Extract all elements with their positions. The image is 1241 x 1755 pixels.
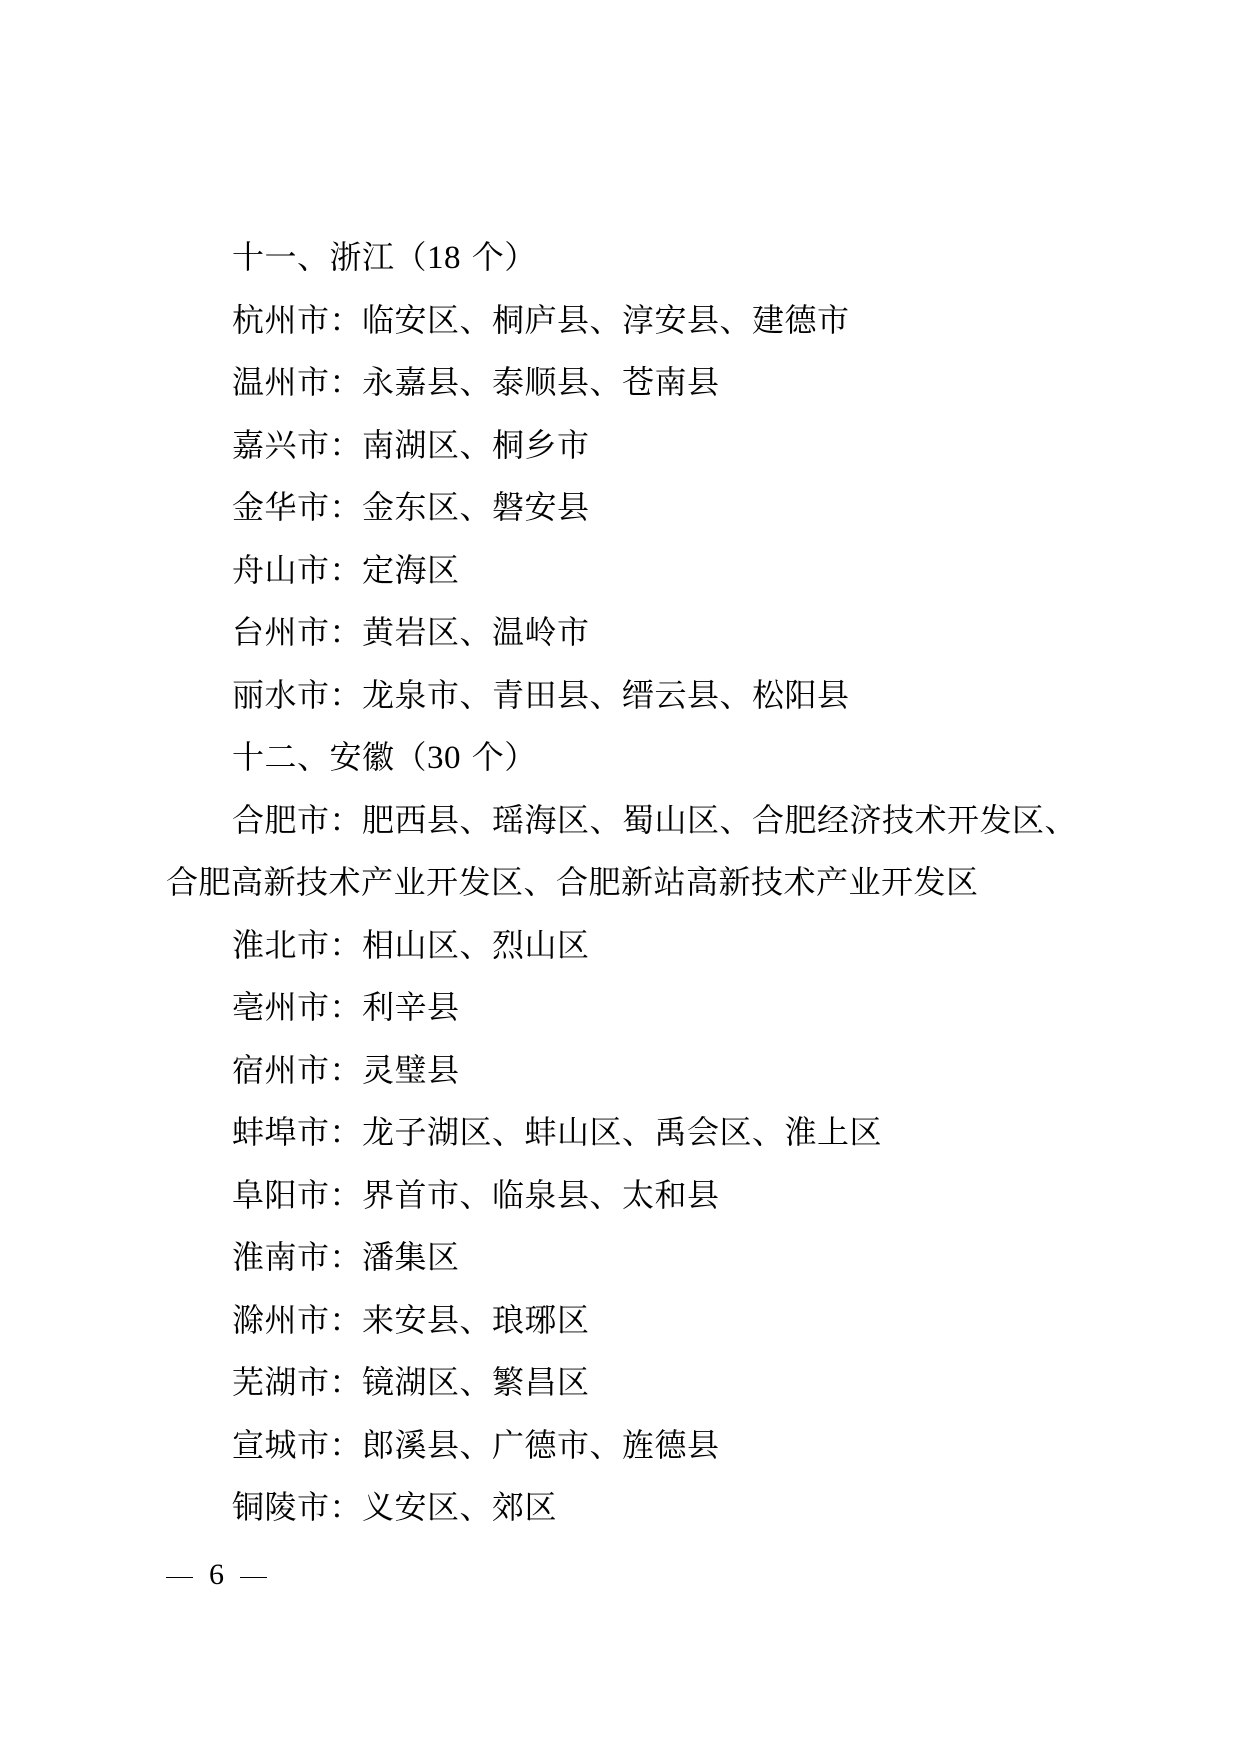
city-name: 亳州市：: [232, 988, 362, 1026]
district-list: 龙泉市、青田县、缙云县、松阳县: [362, 676, 850, 714]
city-name: 铜陵市：: [232, 1488, 362, 1526]
district-list: 郎溪县、广德市、旌德县: [362, 1426, 720, 1464]
city-name: 温州市：: [232, 363, 362, 401]
heading-prefix: 十二、安徽（: [232, 738, 427, 776]
city-name: 舟山市：: [232, 551, 362, 589]
city-name: 金华市：: [232, 488, 362, 526]
district-list: 镜湖区、繁昌区: [362, 1363, 590, 1401]
dash-right-decoration: [240, 1577, 267, 1578]
city-entry: 金华市：金东区、磐安县: [166, 476, 1096, 539]
district-list: 永嘉县、泰顺县、苍南县: [362, 363, 720, 401]
page-footer: 6: [166, 1556, 267, 1594]
city-name: 蚌埠市：: [232, 1113, 362, 1151]
document-page: 十一、浙江（18 个） 杭州市：临安区、桐庐县、淳安县、建德市 温州市：永嘉县、…: [0, 0, 1241, 1755]
city-name: 芜湖市：: [232, 1363, 362, 1401]
heading-suffix: 个）: [461, 238, 537, 276]
heading-count: 30: [427, 740, 461, 776]
district-list: 定海区: [362, 551, 460, 589]
district-list: 灵璧县: [362, 1051, 460, 1089]
section-heading-zhejiang: 十一、浙江（18 个）: [166, 226, 1096, 289]
district-list: 临安区、桐庐县、淳安县、建德市: [362, 301, 850, 339]
city-name: 合肥市：: [232, 801, 362, 839]
city-entry: 宿州市：灵璧县: [166, 1039, 1096, 1102]
city-entry: 嘉兴市：南湖区、桐乡市: [166, 414, 1096, 477]
city-name: 宿州市：: [232, 1051, 362, 1089]
city-entry: 舟山市：定海区: [166, 539, 1096, 602]
district-list: 界首市、临泉县、太和县: [362, 1176, 720, 1214]
city-name: 阜阳市：: [232, 1176, 362, 1214]
city-entry: 宣城市：郎溪县、广德市、旌德县: [166, 1414, 1096, 1477]
city-name: 宣城市：: [232, 1426, 362, 1464]
district-list: 合肥高新技术产业开发区、合肥新站高新技术产业开发区: [166, 863, 979, 901]
heading-count: 18: [427, 240, 461, 276]
city-entry: 淮南市：潘集区: [166, 1226, 1096, 1289]
district-list: 义安区、郊区: [362, 1488, 557, 1526]
city-entry: 铜陵市：义安区、郊区: [166, 1476, 1096, 1539]
city-entry: 丽水市：龙泉市、青田县、缙云县、松阳县: [166, 664, 1096, 727]
city-name: 台州市：: [232, 613, 362, 651]
district-list: 金东区、磐安县: [362, 488, 590, 526]
district-list: 南湖区、桐乡市: [362, 426, 590, 464]
section-heading-anhui: 十二、安徽（30 个）: [166, 726, 1096, 789]
city-name: 滁州市：: [232, 1301, 362, 1339]
page-number: 6: [209, 1556, 224, 1594]
dash-left-decoration: [166, 1577, 193, 1578]
city-entry: 合肥市：肥西县、瑶海区、蜀山区、合肥经济技术开发区、: [166, 789, 1096, 852]
city-entry: 温州市：永嘉县、泰顺县、苍南县: [166, 351, 1096, 414]
document-body: 十一、浙江（18 个） 杭州市：临安区、桐庐县、淳安县、建德市 温州市：永嘉县、…: [166, 226, 1096, 1539]
city-entry-continuation: 合肥高新技术产业开发区、合肥新站高新技术产业开发区: [166, 851, 1096, 914]
district-list: 相山区、烈山区: [362, 926, 590, 964]
city-name: 淮北市：: [232, 926, 362, 964]
city-entry: 杭州市：临安区、桐庐县、淳安县、建德市: [166, 289, 1096, 352]
city-entry: 淮北市：相山区、烈山区: [166, 914, 1096, 977]
city-name: 杭州市：: [232, 301, 362, 339]
district-list: 龙子湖区、蚌山区、禹会区、淮上区: [362, 1113, 882, 1151]
heading-suffix: 个）: [461, 738, 537, 776]
city-entry: 蚌埠市：龙子湖区、蚌山区、禹会区、淮上区: [166, 1101, 1096, 1164]
city-entry: 滁州市：来安县、琅琊区: [166, 1289, 1096, 1352]
city-name: 淮南市：: [232, 1238, 362, 1276]
district-list: 潘集区: [362, 1238, 460, 1276]
city-entry: 亳州市：利辛县: [166, 976, 1096, 1039]
city-entry: 台州市：黄岩区、温岭市: [166, 601, 1096, 664]
district-list: 肥西县、瑶海区、蜀山区、合肥经济技术开发区、: [362, 801, 1077, 839]
district-list: 来安县、琅琊区: [362, 1301, 590, 1339]
city-entry: 阜阳市：界首市、临泉县、太和县: [166, 1164, 1096, 1227]
district-list: 黄岩区、温岭市: [362, 613, 590, 651]
district-list: 利辛县: [362, 988, 460, 1026]
heading-prefix: 十一、浙江（: [232, 238, 427, 276]
city-name: 丽水市：: [232, 676, 362, 714]
city-entry: 芜湖市：镜湖区、繁昌区: [166, 1351, 1096, 1414]
city-name: 嘉兴市：: [232, 426, 362, 464]
